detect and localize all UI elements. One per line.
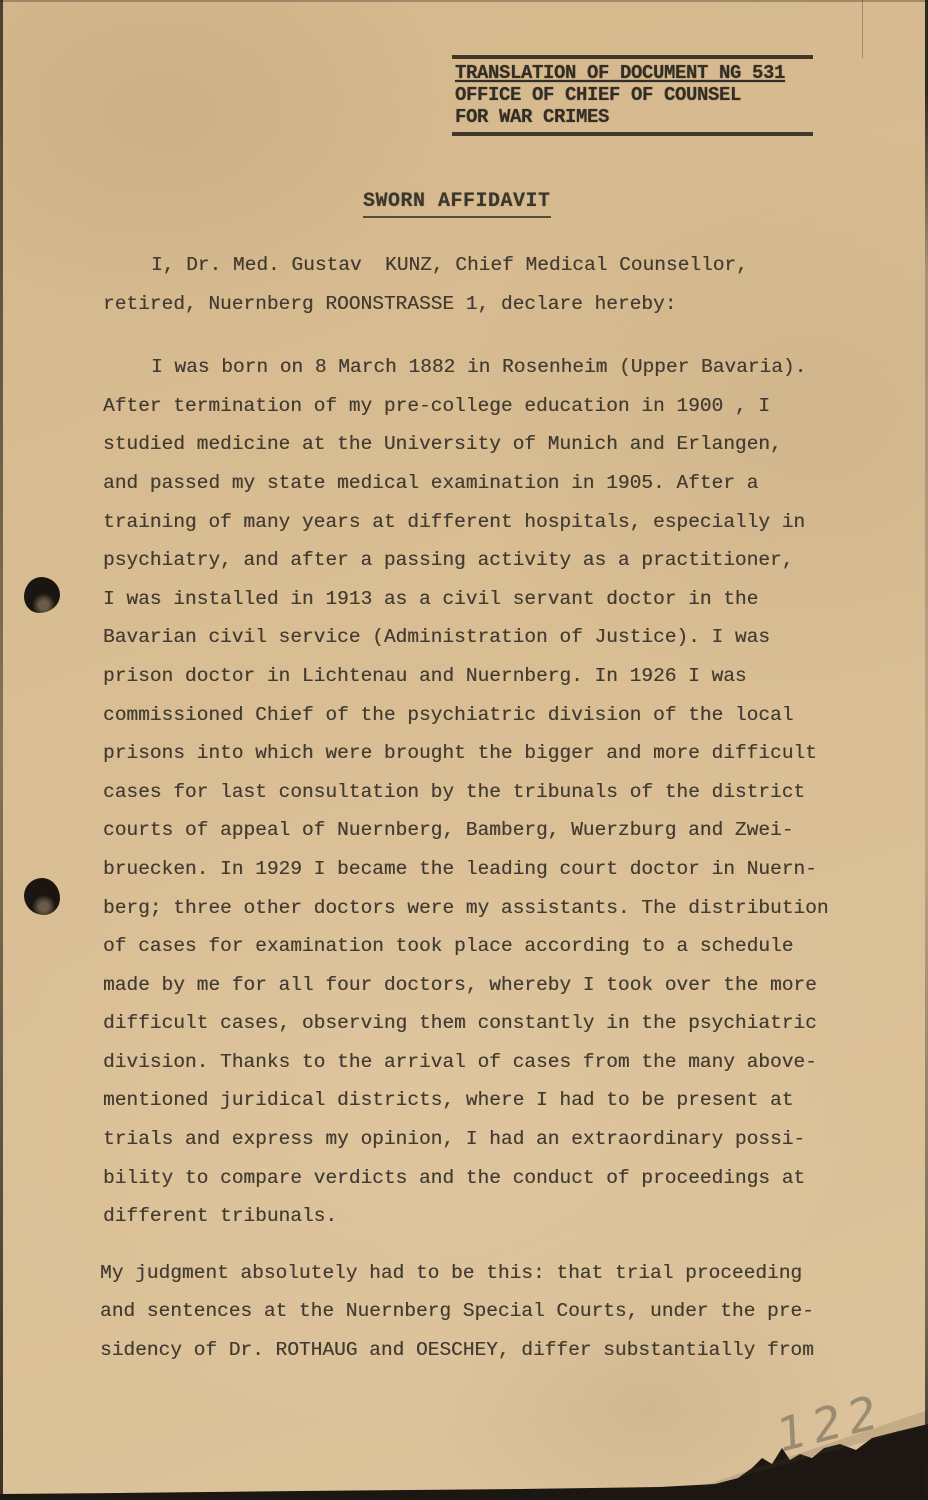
body-line: studied medicine at the University of Mu…	[103, 425, 829, 464]
body-line: and passed my state medical examination …	[103, 464, 829, 503]
stamp-line: FOR WAR CRIMES	[455, 106, 813, 128]
body-line: After termination of my pre-college educ…	[103, 387, 829, 426]
document-body: I, Dr. Med. Gustav KUNZ, Chief Medical C…	[103, 246, 829, 1370]
document-title: SWORN AFFIDAVIT	[363, 190, 551, 218]
body-line: berg; three other doctors were my assist…	[103, 889, 829, 928]
body-line: trials and express my opinion, I had an …	[103, 1120, 829, 1159]
stamp-line: OFFICE OF CHIEF OF COUNSEL	[455, 84, 813, 106]
body-line: and sentences at the Nuernberg Special C…	[100, 1292, 829, 1331]
body-line: mentioned juridical districts, where I h…	[103, 1081, 829, 1120]
body-line: bility to compare verdicts and the condu…	[103, 1159, 829, 1198]
body-line: My judgment absolutely had to be this: t…	[100, 1254, 829, 1293]
translation-stamp: TRANSLATION OF DOCUMENT NG 531 OFFICE OF…	[452, 55, 813, 136]
body-line: I was born on 8 March 1882 in Rosenheim …	[103, 348, 829, 387]
body-line: I, Dr. Med. Gustav KUNZ, Chief Medical C…	[103, 246, 829, 285]
body-line: made by me for all four doctors, whereby…	[103, 966, 829, 1005]
paragraph: I, Dr. Med. Gustav KUNZ, Chief Medical C…	[103, 246, 829, 323]
paragraph: I was born on 8 March 1882 in Rosenheim …	[103, 348, 829, 1236]
body-line: bruecken. In 1929 I became the leading c…	[103, 850, 829, 889]
affidavit-page: TRANSLATION OF DOCUMENT NG 531 OFFICE OF…	[0, 0, 928, 1500]
stamp-line: TRANSLATION OF DOCUMENT NG 531	[455, 62, 813, 84]
body-line: prison doctor in Lichtenau and Nuernberg…	[103, 657, 829, 696]
punch-hole	[24, 577, 60, 613]
body-line: division. Thanks to the arrival of cases…	[103, 1043, 829, 1082]
body-line: Bavarian civil service (Administration o…	[103, 618, 829, 657]
body-line: sidency of Dr. ROTHAUG and OESCHEY, diff…	[100, 1331, 829, 1370]
body-line: commissioned Chief of the psychiatric di…	[103, 696, 829, 735]
body-line: psychiatry, and after a passing activity…	[103, 541, 829, 580]
paper-crease	[862, 0, 863, 58]
body-line: prisons into which were brought the bigg…	[103, 734, 829, 773]
body-line: training of many years at different hosp…	[103, 503, 829, 542]
body-line: different tribunals.	[103, 1197, 829, 1236]
punch-hole	[24, 878, 60, 915]
body-line: of cases for examination took place acco…	[103, 927, 829, 966]
body-line: difficult cases, observing them constant…	[103, 1004, 829, 1043]
paragraph: My judgment absolutely had to be this: t…	[100, 1254, 829, 1370]
body-line: courts of appeal of Nuernberg, Bamberg, …	[103, 811, 829, 850]
body-line: retired, Nuernberg ROONSTRASSE 1, declar…	[103, 285, 829, 324]
body-line: I was installed in 1913 as a civil serva…	[103, 580, 829, 619]
scan-edge-top	[0, 0, 928, 2]
torn-bottom-edge	[0, 1390, 928, 1500]
scan-edge-left	[0, 0, 3, 1500]
body-line: cases for last consultation by the tribu…	[103, 773, 829, 812]
